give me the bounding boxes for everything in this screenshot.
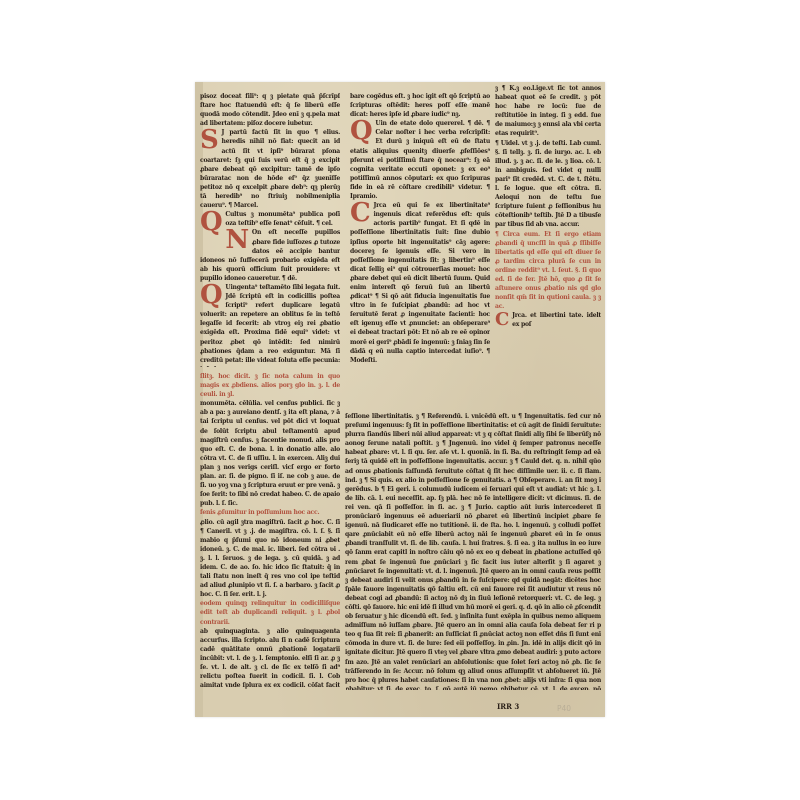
rubric-paragraph: ſlitꝫ. hoc dicit. ꝫ ſic nota calum in qu… (200, 372, 340, 399)
rubric-paragraph: fenis ꝓſumitur in poſſumium hoc acc. (200, 508, 340, 517)
text-column-b: bare cogēdus eſt. ꝫ hoc igit eſt qō ſcri… (350, 92, 490, 367)
text-paragraph: pisoz doceat fili⁹: q ꝫ pietate quā p̄ſc… (200, 92, 340, 128)
text-paragraph: ſeſſione libertinitatis. ꝫ ¶ Referendū. … (345, 412, 601, 690)
illuminated-initial: N (225, 229, 249, 251)
gloss-column-d: ſlitꝫ. hoc dicit. ꝫ ſic nota calum in qu… (200, 372, 340, 690)
text-paragraph: QCultus ꝫ monumēta⁹ publica poſi oza teſ… (200, 210, 340, 228)
paragraph-text: Cultus ꝫ monumēta⁹ publica poſi oza teſt… (225, 211, 340, 227)
pencil-annotation: P40 (557, 704, 571, 713)
text-paragraph: ꝓlio. cū agil ꝫtra magiſtrū. ſacit ꝓ hoc… (200, 518, 340, 600)
illuminated-initial: S (200, 129, 219, 151)
illuminated-initial: Q (200, 211, 222, 233)
illuminated-initial: Q (350, 120, 372, 142)
text-paragraph: QUin de etate dolo quererel. ¶ dē. ¶ Cel… (350, 119, 490, 201)
text-paragraph: SJ partū factū ſit in quo ¶ elius. hered… (200, 128, 340, 210)
paragraph-text: On eſt neceſſe pupillos ꝓbare fide iuſſo… (200, 229, 340, 281)
text-column-a: pisoz doceat fili⁹: q ꝫ pietate quā p̄ſc… (200, 92, 340, 367)
paragraph-text: J partū factū ſit in quo ¶ elius. heredi… (200, 129, 340, 209)
rubric-paragraph: ¶ Circa eum. Et ſi ergo etiam ꝓbandi q̄ … (495, 230, 601, 312)
text-paragraph: bare cogēdus eſt. ꝫ hoc igit eſt qō ſcri… (350, 92, 490, 119)
text-paragraph: QUingenta⁹ teſtamēto ſibi legata fuit. J… (200, 283, 340, 367)
text-paragraph: CJrca eū qui ſe ex libertinitate⁹ ingenu… (350, 201, 490, 365)
paragraph-text: Jrca eū qui ſe ex libertinitate⁹ ingenui… (350, 202, 490, 364)
illuminated-initial: C (350, 202, 370, 224)
text-paragraph: monumēta. cēlūlia. vel cenſus publici. ſ… (200, 399, 340, 508)
text-paragraph: ab quinquaginta. ꝫ alio quinquagenta acc… (200, 627, 340, 690)
gloss-column-c: ꝫ ¶ K.ꝫ eo.l.ige.vt ſic tot annos habeat… (495, 84, 601, 420)
manuscript-leaf: pisoz doceat fili⁹: q ꝫ pietate quā p̄ſc… (195, 82, 605, 717)
illuminated-initial: C (495, 312, 509, 328)
paragraph-text: Jrca. et libertini tate. idelt ex poſ (512, 312, 601, 328)
text-paragraph: ꝫ ¶ K.ꝫ eo.l.ige.vt ſic tot annos habeat… (495, 84, 601, 139)
illuminated-initial: Q (200, 284, 222, 306)
signature-mark: IRR 3 (497, 702, 519, 711)
rubric-paragraph: eodem quinqꝫ relinquitur in codicilliſqu… (200, 599, 340, 626)
gloss-column-e: ſeſſione libertinitatis. ꝫ ¶ Referendū. … (345, 412, 601, 690)
text-paragraph: ¶ Uidel. vt ꝫ .j. de teſti. Lab cuml. §.… (495, 139, 601, 230)
text-paragraph: CJrca. et libertini tate. idelt ex poſ (495, 311, 601, 329)
